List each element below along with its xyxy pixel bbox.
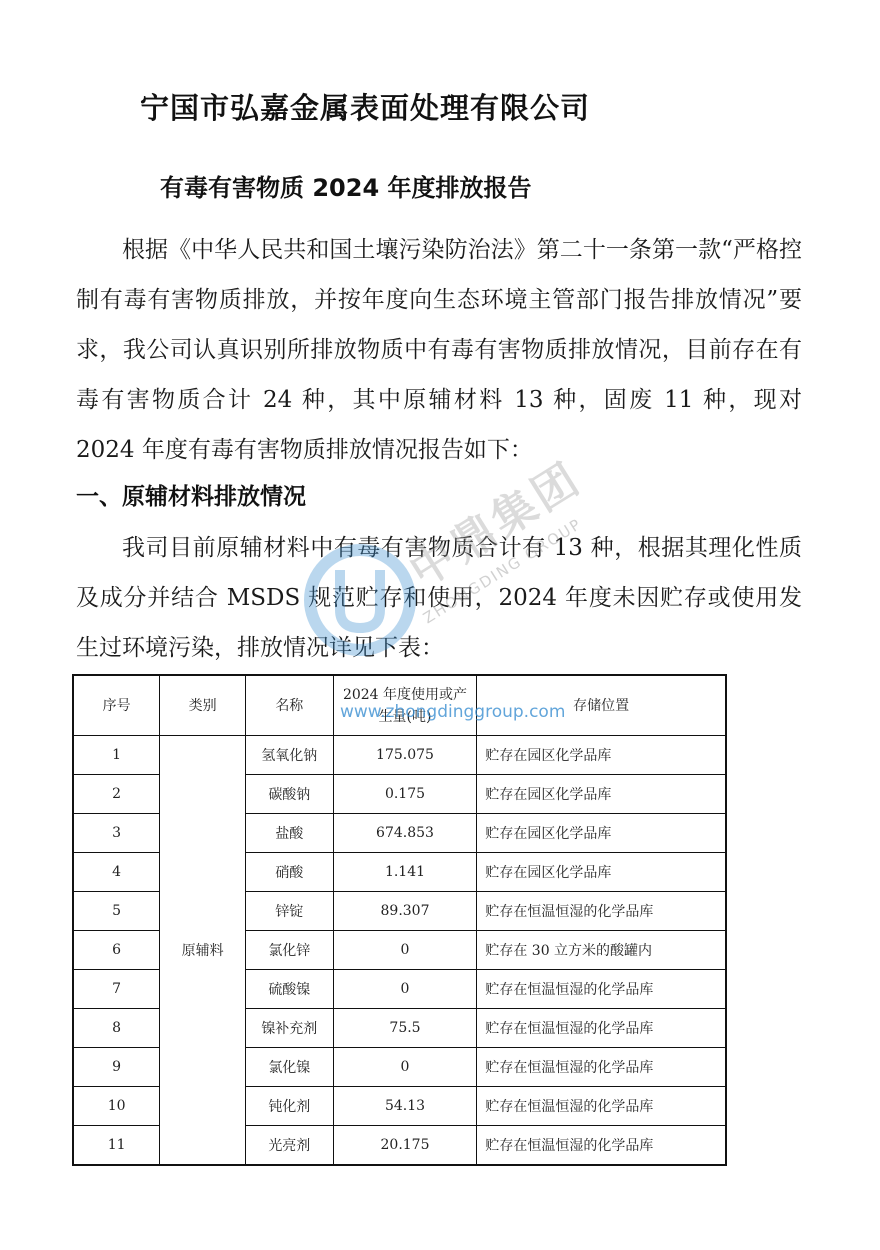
header-category: 类别 xyxy=(160,675,246,736)
cell-location: 贮存在园区化学品库 xyxy=(477,853,726,892)
document-page: 宁国市弘嘉金属表面处理有限公司 有毒有害物质 2024 年度排放报告 根据《中华… xyxy=(0,0,880,1250)
cell-amount: 1.141 xyxy=(333,853,477,892)
cell-location: 贮存在恒温恒湿的化学品库 xyxy=(477,1087,726,1126)
cell-seq: 9 xyxy=(73,1048,160,1087)
header-amount: 2024 年度使用或产 生量(吨) xyxy=(333,675,477,736)
cell-seq: 7 xyxy=(73,970,160,1009)
cell-category-merged: 原辅料 xyxy=(160,736,246,1166)
cell-seq: 5 xyxy=(73,892,160,931)
cell-name: 碳酸钠 xyxy=(245,775,333,814)
cell-amount: 0.175 xyxy=(333,775,477,814)
cell-location: 贮存在恒温恒湿的化学品库 xyxy=(477,892,726,931)
company-title: 宁国市弘嘉金属表面处理有限公司 xyxy=(140,86,740,127)
cell-amount: 175.075 xyxy=(333,736,477,775)
cell-name: 氢氧化钠 xyxy=(245,736,333,775)
cell-amount: 0 xyxy=(333,1048,477,1087)
cell-location: 贮存在园区化学品库 xyxy=(477,736,726,775)
cell-name: 钝化剂 xyxy=(245,1087,333,1126)
cell-seq: 2 xyxy=(73,775,160,814)
cell-name: 光亮剂 xyxy=(245,1126,333,1166)
cell-name: 盐酸 xyxy=(245,814,333,853)
cell-name: 硝酸 xyxy=(245,853,333,892)
cell-name: 镍补充剂 xyxy=(245,1009,333,1048)
cell-name: 硫酸镍 xyxy=(245,970,333,1009)
header-location: 存储位置 xyxy=(477,675,726,736)
intro-paragraph: 根据《中华人民共和国土壤污染防治法》第二十一条第一款“严格控制有毒有害物质排放，… xyxy=(76,225,802,475)
header-seq: 序号 xyxy=(73,675,160,736)
cell-location: 贮存在 30 立方米的酸罐内 xyxy=(477,931,726,970)
cell-seq: 11 xyxy=(73,1126,160,1166)
cell-seq: 3 xyxy=(73,814,160,853)
cell-location: 贮存在恒温恒湿的化学品库 xyxy=(477,1009,726,1048)
cell-amount: 75.5 xyxy=(333,1009,477,1048)
table-row: 1 原辅料 氢氧化钠 175.075 贮存在园区化学品库 xyxy=(73,736,726,775)
cell-location: 贮存在恒温恒湿的化学品库 xyxy=(477,1126,726,1166)
cell-name: 氯化锌 xyxy=(245,931,333,970)
header-amount-line2: 生量(吨) xyxy=(334,706,477,728)
cell-amount: 674.853 xyxy=(333,814,477,853)
cell-amount: 20.175 xyxy=(333,1126,477,1166)
emissions-table: 序号 类别 名称 2024 年度使用或产 生量(吨) 存储位置 1 原辅料 氢氧… xyxy=(72,674,727,1166)
cell-amount: 54.13 xyxy=(333,1087,477,1126)
table-header-row: 序号 类别 名称 2024 年度使用或产 生量(吨) 存储位置 xyxy=(73,675,726,736)
cell-amount: 0 xyxy=(333,970,477,1009)
cell-seq: 4 xyxy=(73,853,160,892)
cell-seq: 8 xyxy=(73,1009,160,1048)
cell-name: 氯化镍 xyxy=(245,1048,333,1087)
cell-amount: 0 xyxy=(333,931,477,970)
header-name: 名称 xyxy=(245,675,333,736)
cell-location: 贮存在恒温恒湿的化学品库 xyxy=(477,1048,726,1087)
cell-location: 贮存在园区化学品库 xyxy=(477,814,726,853)
cell-location: 贮存在恒温恒湿的化学品库 xyxy=(477,970,726,1009)
cell-amount: 89.307 xyxy=(333,892,477,931)
cell-seq: 6 xyxy=(73,931,160,970)
cell-seq: 10 xyxy=(73,1087,160,1126)
cell-location: 贮存在园区化学品库 xyxy=(477,775,726,814)
cell-seq: 1 xyxy=(73,736,160,775)
section-heading-raw-materials: 一、原辅材料排放情况 xyxy=(76,478,306,511)
section-paragraph-raw-materials: 我司目前原辅材料中有毒有害物质合计有 13 种，根据其理化性质及成分并结合 MS… xyxy=(76,523,802,673)
cell-name: 锌锭 xyxy=(245,892,333,931)
header-amount-line1: 2024 年度使用或产 xyxy=(334,684,477,706)
report-title: 有毒有害物质 2024 年度排放报告 xyxy=(160,168,532,203)
